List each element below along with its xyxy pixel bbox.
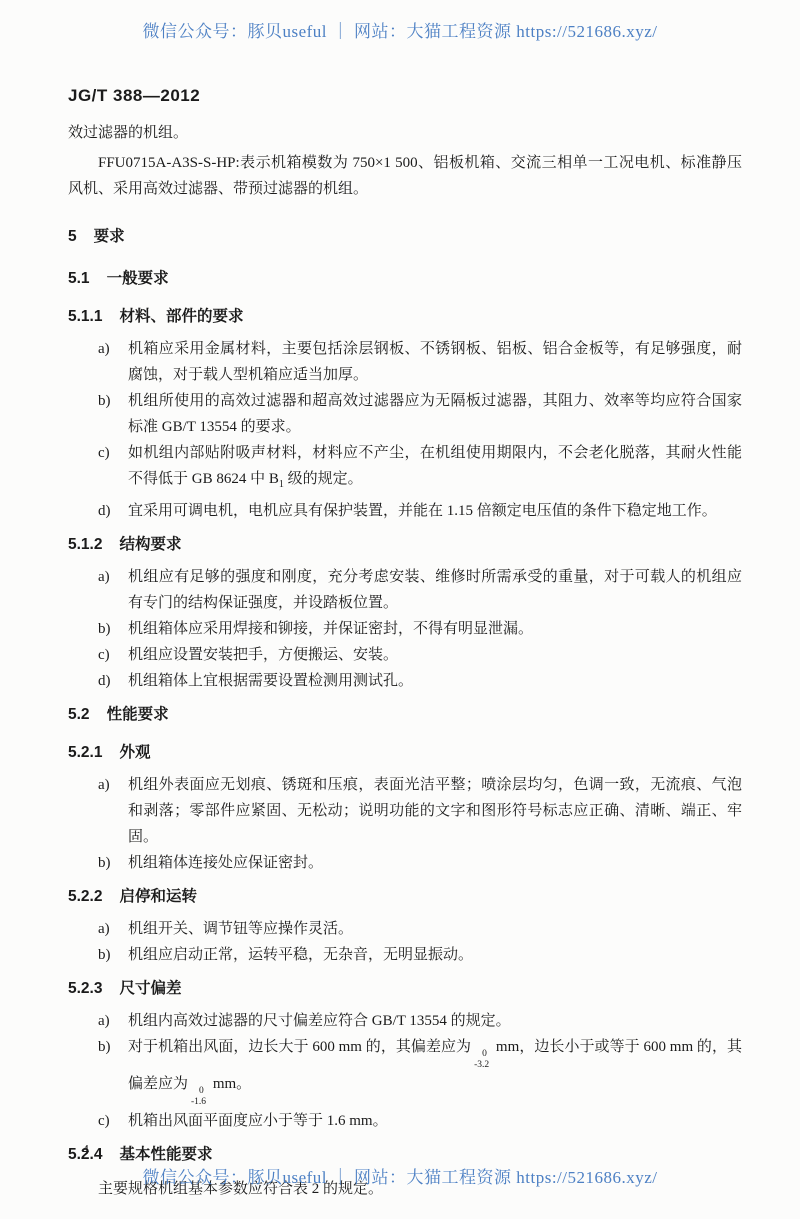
list-marker: c) [98,1108,110,1134]
section-title: 尺寸偏差 [119,980,181,997]
tolerance-upper: 0 [191,1086,204,1097]
list-item: d)宜采用可调电机，电机应具有保护装置，并能在 1.15 倍额定电压值的条件下稳… [68,498,742,524]
list-marker: a) [98,772,110,798]
list-item-text: 机箱出风面平面度应小于等于 1.6 mm。 [128,1113,388,1129]
list-marker: b) [98,388,111,414]
list-item-text: 机组箱体连接处应保证密封。 [128,855,323,871]
section-number: 5.2 [68,706,90,723]
list-item-text: 机箱应采用金属材料，主要包括涂层钢板、不锈钢板、铝板、铝合金板等，有足够强度，耐… [128,341,742,383]
tolerance-upper: 0 [474,1049,487,1060]
list-marker: d) [98,498,111,524]
list-5-1-1: a)机箱应采用金属材料，主要包括涂层钢板、不锈钢板、铝板、铝合金板等，有足够强度… [68,336,742,524]
page-number: 4 [82,1143,89,1159]
paragraph-example: FFU0715A-A3S-S-HP:表示机箱模数为 750×1 500、铝板机箱… [68,150,742,202]
list-item: a)机组内高效过滤器的尺寸偏差应符合 GB/T 13554 的规定。 [68,1008,742,1034]
doc-code: JG/T 388—2012 [68,86,742,106]
list-item-text: 对于机箱出风面，边长大于 600 mm 的，其偏差应为 [128,1039,471,1055]
section-heading-5-2-2: 5.2.2启停和运转 [68,884,742,910]
list-5-2-3: a)机组内高效过滤器的尺寸偏差应符合 GB/T 13554 的规定。 b)对于机… [68,1008,742,1134]
list-item: c)如机组内部贴附吸声材料，材料应不产尘，在机组使用期限内，不会老化脱落，其耐火… [68,440,742,498]
list-item-text: mm。 [209,1076,251,1092]
list-marker: d) [98,668,111,694]
section-heading-5-2-1: 5.2.1外观 [68,740,742,766]
section-number: 5.1.2 [68,536,102,553]
section-title: 材料、部件的要求 [119,308,243,325]
list-item-tolerance: b)对于机箱出风面，边长大于 600 mm 的，其偏差应为0-3.2 mm，边长… [68,1034,742,1108]
tolerance-stack: 0-3.2 [474,1049,489,1071]
list-marker: a) [98,1008,110,1034]
list-item-text: 机组应启动正常，运转平稳，无杂音，无明显振动。 [128,947,473,963]
list-item-text: 级的规定。 [284,471,363,487]
list-5-2-1: a)机组外表面应无划痕、锈斑和压痕，表面光洁平整；喷涂层均匀，色调一致，无流痕、… [68,772,742,876]
list-item: a)机组外表面应无划痕、锈斑和压痕，表面光洁平整；喷涂层均匀，色调一致，无流痕、… [68,772,742,850]
list-item-text: 机组箱体上宜根据需要设置检测用测试孔。 [128,673,413,689]
list-item-text: 机组应有足够的强度和刚度，充分考虑安装、维修时所需承受的重量，对于可载人的机组应… [128,569,742,611]
list-marker: a) [98,916,110,942]
list-5-2-2: a)机组开关、调节钮等应操作灵活。 b)机组应启动正常，运转平稳，无杂音，无明显… [68,916,742,968]
list-item-text: 宜采用可调电机，电机应具有保护装置，并能在 1.15 倍额定电压值的条件下稳定地… [128,503,717,519]
page-content: JG/T 388—2012 效过滤器的机组。 FFU0715A-A3S-S-HP… [0,0,800,1202]
list-marker: b) [98,850,111,876]
list-marker: c) [98,440,110,466]
list-item: a)机组开关、调节钮等应操作灵活。 [68,916,742,942]
section-title: 基本性能要求 [119,1146,212,1163]
tolerance-lower: -3.2 [474,1060,489,1071]
list-item: a)机组应有足够的强度和刚度，充分考虑安装、维修时所需承受的重量，对于可载人的机… [68,564,742,616]
list-item-text: 机组内高效过滤器的尺寸偏差应符合 GB/T 13554 的规定。 [128,1013,511,1029]
list-item-text: 如机组内部贴附吸声材料，材料应不产尘，在机组使用期限内，不会老化脱落，其耐火性能… [128,445,742,487]
section-number: 5.2.3 [68,980,102,997]
list-item: b)机组箱体应采用焊接和铆接，并保证密封，不得有明显泄漏。 [68,616,742,642]
list-item-text: 机组应设置安装把手，方便搬运、安装。 [128,647,398,663]
footer-watermark: 微信公众号：豚贝useful ｜ 网站：大猫工程资源 https://52168… [0,1163,800,1188]
list-item: b)机组箱体连接处应保证密封。 [68,850,742,876]
section-heading-5-2: 5.2性能要求 [68,702,742,728]
list-marker: a) [98,564,110,590]
list-item: d)机组箱体上宜根据需要设置检测用测试孔。 [68,668,742,694]
section-heading-5: 5要求 [68,224,742,250]
section-number: 5.2.1 [68,744,102,761]
section-heading-5-2-3: 5.2.3尺寸偏差 [68,976,742,1002]
section-title: 启停和运转 [119,888,197,905]
document-page: 微信公众号：豚贝useful ｜ 网站：大猫工程资源 https://52168… [0,0,800,1219]
list-marker: b) [98,1034,111,1060]
section-title: 性能要求 [107,706,169,723]
list-marker: b) [98,942,111,968]
section-heading-5-1-1: 5.1.1材料、部件的要求 [68,304,742,330]
list-5-1-2: a)机组应有足够的强度和刚度，充分考虑安装、维修时所需承受的重量，对于可载人的机… [68,564,742,694]
list-item: a)机箱应采用金属材料，主要包括涂层钢板、不锈钢板、铝板、铝合金板等，有足够强度… [68,336,742,388]
paragraph-continuation: 效过滤器的机组。 [68,120,742,146]
section-number: 5.1 [68,270,90,287]
list-item-text: 机组箱体应采用焊接和铆接，并保证密封，不得有明显泄漏。 [128,621,533,637]
tolerance-lower: -1.6 [191,1097,206,1108]
list-marker: b) [98,616,111,642]
tolerance-stack: 0-1.6 [191,1086,206,1108]
section-heading-5-1-2: 5.1.2结构要求 [68,532,742,558]
section-title: 结构要求 [119,536,181,553]
list-marker: c) [98,642,110,668]
section-heading-5-1: 5.1一般要求 [68,266,742,292]
list-item: b)机组应启动正常，运转平稳，无杂音，无明显振动。 [68,942,742,968]
section-number: 5 [68,228,77,245]
list-marker: a) [98,336,110,362]
list-item-text: 机组开关、调节钮等应操作灵活。 [128,921,353,937]
list-item-text: 机组所使用的高效过滤器和超高效过滤器应为无隔板过滤器，其阻力、效率等均应符合国家… [128,393,742,435]
section-title: 要求 [94,228,125,245]
list-item: c)机组应设置安装把手，方便搬运、安装。 [68,642,742,668]
section-title: 一般要求 [107,270,169,287]
list-item-text: 机组外表面应无划痕、锈斑和压痕，表面光洁平整；喷涂层均匀，色调一致，无流痕、气泡… [128,777,742,845]
list-item: c)机箱出风面平面度应小于等于 1.6 mm。 [68,1108,742,1134]
section-title: 外观 [119,744,150,761]
list-item: b)机组所使用的高效过滤器和超高效过滤器应为无隔板过滤器，其阻力、效率等均应符合… [68,388,742,440]
section-number: 5.1.1 [68,308,102,325]
section-number: 5.2.2 [68,888,102,905]
